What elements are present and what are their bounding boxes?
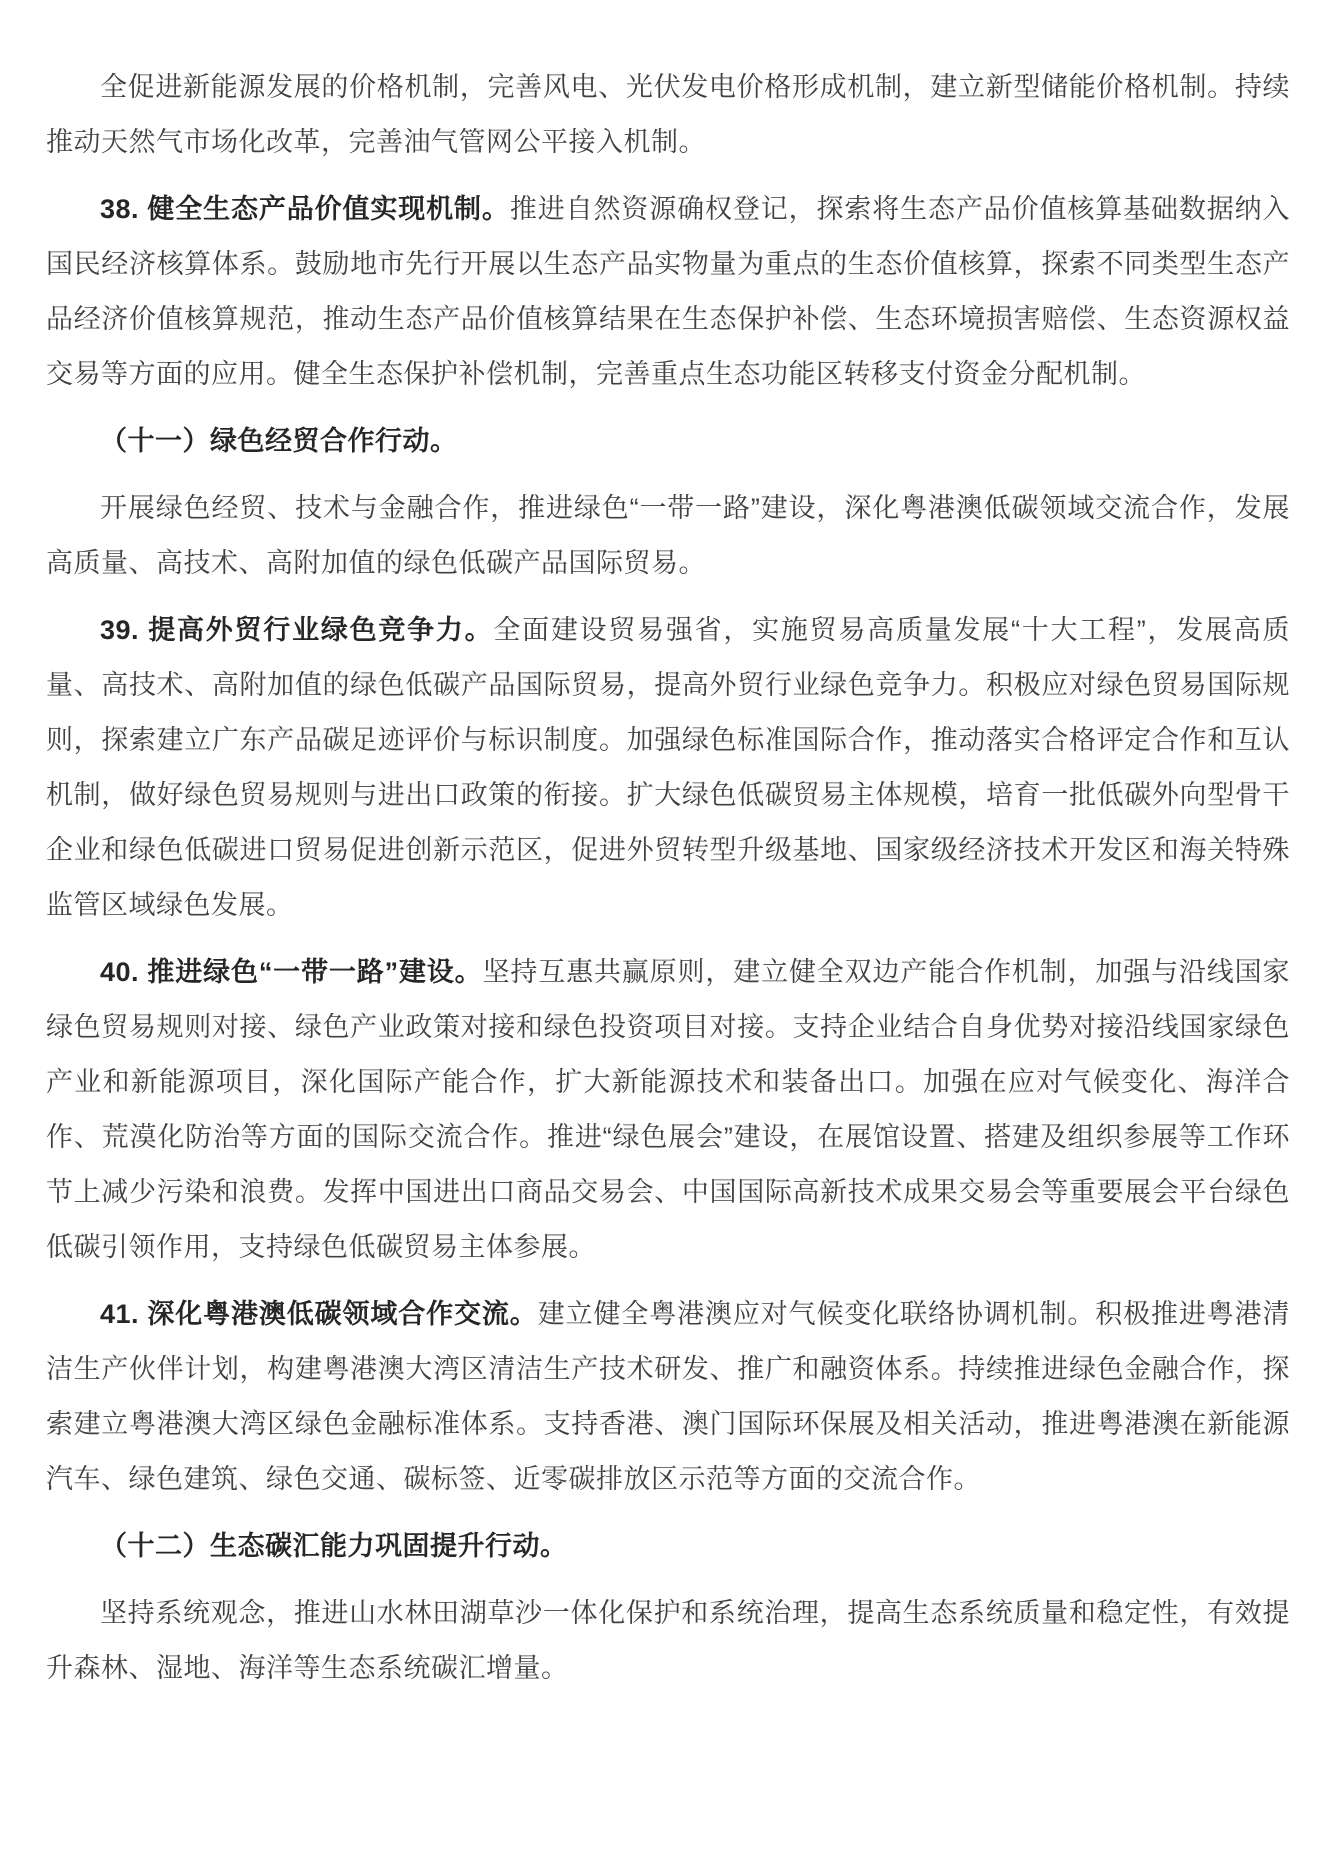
body-paragraph: 41. 深化粤港澳低碳领域合作交流。建立健全粤港澳应对气候变化联络协调机制。积极…: [46, 1287, 1290, 1507]
body-paragraph: 坚持系统观念，推进山水林田湖草沙一体化保护和系统治理，提高生态系统质量和稳定性，…: [46, 1586, 1290, 1696]
paragraph-text: 坚持互惠共赢原则，建立健全双边产能合作机制，加强与沿线国家绿色贸易规则对接、绿色…: [46, 957, 1290, 1262]
section-heading: （十一）绿色经贸合作行动。: [46, 414, 1290, 469]
paragraph-lead: 38. 健全生态产品价值实现机制。: [100, 194, 510, 224]
paragraph-text: 坚持系统观念，推进山水林田湖草沙一体化保护和系统治理，提高生态系统质量和稳定性，…: [46, 1598, 1290, 1683]
document-body: 全促进新能源发展的价格机制，完善风电、光伏发电价格形成机制，建立新型储能价格机制…: [0, 0, 1322, 1696]
paragraph-text: 全面建设贸易强省，实施贸易高质量发展“十大工程”，发展高质量、高技术、高附加值的…: [46, 615, 1290, 920]
body-paragraph: 开展绿色经贸、技术与金融合作，推进绿色“一带一路”建设，深化粤港澳低碳领域交流合…: [46, 481, 1290, 591]
body-paragraph: 38. 健全生态产品价值实现机制。推进自然资源确权登记，探索将生态产品价值核算基…: [46, 182, 1290, 402]
paragraph-lead: （十二）生态碳汇能力巩固提升行动。: [100, 1531, 568, 1561]
body-paragraph: 40. 推进绿色“一带一路”建设。坚持互惠共赢原则，建立健全双边产能合作机制，加…: [46, 945, 1290, 1275]
paragraph-lead: 41. 深化粤港澳低碳领域合作交流。: [100, 1299, 538, 1329]
paragraph-lead: （十一）绿色经贸合作行动。: [100, 426, 458, 456]
document-page: 全促进新能源发展的价格机制，完善风电、光伏发电价格形成机制，建立新型储能价格机制…: [0, 0, 1322, 1871]
paragraph-text: 全促进新能源发展的价格机制，完善风电、光伏发电价格形成机制，建立新型储能价格机制…: [46, 72, 1290, 157]
paragraph-lead: 39. 提高外贸行业绿色竞争力。: [100, 615, 493, 645]
section-heading: （十二）生态碳汇能力巩固提升行动。: [46, 1519, 1290, 1574]
body-paragraph: 39. 提高外贸行业绿色竞争力。全面建设贸易强省，实施贸易高质量发展“十大工程”…: [46, 603, 1290, 933]
body-paragraph: 全促进新能源发展的价格机制，完善风电、光伏发电价格形成机制，建立新型储能价格机制…: [46, 60, 1290, 170]
paragraph-text: 开展绿色经贸、技术与金融合作，推进绿色“一带一路”建设，深化粤港澳低碳领域交流合…: [46, 493, 1290, 578]
paragraph-lead: 40. 推进绿色“一带一路”建设。: [100, 957, 483, 987]
